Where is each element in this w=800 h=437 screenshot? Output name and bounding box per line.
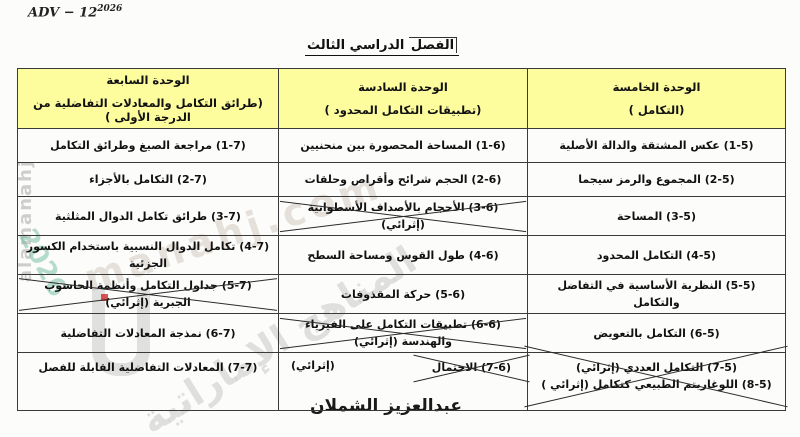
curriculum-table: الوحدة الخامسة (التكامل ) الوحدة السادسة… bbox=[17, 68, 786, 411]
unit6-subtitle: (تطبيقات التكامل المحدود ) bbox=[283, 103, 523, 117]
lesson-line: (2-5) المجموع والرمز سيجما bbox=[536, 171, 777, 188]
lesson-cell: (5-6) حركة المقذوفات bbox=[279, 275, 528, 314]
lesson-line: (7-5) التكامل العددي (إثرائي) bbox=[541, 359, 771, 376]
doc-code-year: 2026 bbox=[97, 4, 122, 14]
lesson-number: (7-5) bbox=[707, 361, 737, 374]
lesson-number: (7-7) bbox=[228, 361, 258, 374]
lesson-number: (6-7) bbox=[206, 327, 236, 340]
table-row: (3-5) المساحة(3-6) الأحجام بالأصداف الأس… bbox=[18, 197, 786, 236]
lesson-number: (6-5) bbox=[690, 327, 720, 340]
table-header-row: الوحدة الخامسة (التكامل ) الوحدة السادسة… bbox=[18, 69, 786, 129]
unit7-title: الوحدة السابعة bbox=[22, 73, 274, 87]
lesson-line: (2-6) الحجم شرائح وأقراص وحلقات bbox=[287, 171, 519, 188]
table-row: (1-5) عكس المشتقة والدالة الأصلية(1-6) ا… bbox=[18, 129, 786, 163]
crossed-out-mark: (3-6) الأحجام بالأصداف الأسطوانية (إثرائ… bbox=[287, 199, 519, 233]
lesson-number: (4-7) bbox=[239, 240, 269, 253]
doc-code: ADV − 122026 bbox=[28, 4, 122, 20]
lesson-number: (3-6) bbox=[469, 201, 499, 214]
lesson-cell: (6-5) التكامل بالتعويض bbox=[528, 314, 786, 353]
document-page: ADV − 122026 الفصل الدراسي الثالث alaman… bbox=[0, 0, 800, 437]
lesson-line: (7-6) الاحتمال bbox=[432, 359, 511, 376]
lesson-cell: (2-5) المجموع والرمز سيجما bbox=[528, 163, 786, 197]
crossed-out-mark: (7-5) التكامل العددي (إثرائي)(8-5) اللوغ… bbox=[537, 359, 775, 393]
lesson-line: (3-5) المساحة bbox=[536, 208, 777, 225]
lesson-cell: (5-5) النظرية الأساسية في التفاضل والتكا… bbox=[528, 275, 786, 314]
table-body: (1-5) عكس المشتقة والدالة الأصلية(1-6) ا… bbox=[18, 129, 786, 411]
table-row: (4-5) التكامل المحدود(4-6) طول القوس ومس… bbox=[18, 236, 786, 275]
lesson-number: (2-5) bbox=[705, 173, 735, 186]
lesson-cell: (7-6) الاحتمال(إثرائي) bbox=[279, 353, 528, 411]
lesson-line: (6-5) التكامل بالتعويض bbox=[536, 325, 777, 342]
lesson-number: (1-5) bbox=[724, 139, 754, 152]
lesson-number: (4-6) bbox=[469, 249, 499, 262]
unit6-title: الوحدة السادسة bbox=[283, 80, 523, 94]
lesson-cell: (3-5) المساحة bbox=[528, 197, 786, 236]
lesson-cell: (6-7) نمذجة المعادلات التفاضلية bbox=[18, 314, 279, 353]
lesson-cell: (1-6) المساحة المحصورة بين منحنيين bbox=[279, 129, 528, 163]
lesson-line: (1-5) عكس المشتقة والدالة الأصلية bbox=[536, 137, 777, 154]
unit5-header: الوحدة الخامسة (التكامل ) bbox=[528, 69, 786, 129]
lesson-cell: (4-6) طول القوس ومساحة السطح bbox=[279, 236, 528, 275]
lesson-cell: (3-6) الأحجام بالأصداف الأسطوانية (إثرائ… bbox=[279, 197, 528, 236]
lesson-cell: (3-7) طرائق تكامل الدوال المثلثية bbox=[18, 197, 279, 236]
crossed-out-mark: (5-7) جداول التكامل وأنظمة الحاسوب الجبر… bbox=[26, 277, 270, 311]
lesson-line: (2-7) التكامل بالأجزاء bbox=[26, 171, 270, 188]
lesson-number: (4-5) bbox=[686, 249, 716, 262]
lesson-line: (8-5) اللوغاريتم الطبيعي كتكامل (إثرائي … bbox=[541, 376, 771, 393]
lesson-line: (4-5) التكامل المحدود bbox=[536, 247, 777, 264]
lesson-cell: (1-7) مراجعة الصيغ وطرائق التكامل bbox=[18, 129, 279, 163]
lesson-number: (5-5) bbox=[726, 279, 756, 292]
lesson-line: (3-7) طرائق تكامل الدوال المثلثية bbox=[26, 208, 270, 225]
title-boxed-word: الفصل bbox=[409, 37, 457, 53]
lesson-number: (7-6) bbox=[481, 361, 511, 374]
lesson-line: (6-7) نمذجة المعادلات التفاضلية bbox=[26, 325, 270, 342]
enrichment-note: (إثرائي) bbox=[291, 359, 335, 372]
lesson-number: (5-6) bbox=[435, 288, 465, 301]
lesson-number: (8-5) bbox=[742, 378, 772, 391]
lesson-cell: (7-7) المعادلات التفاضلية القابلة للفصل bbox=[18, 353, 279, 411]
lesson-cell: (4-5) التكامل المحدود bbox=[528, 236, 786, 275]
lesson-line: (7-7) المعادلات التفاضلية القابلة للفصل bbox=[26, 359, 270, 376]
table-row: (7-5) التكامل العددي (إثرائي)(8-5) اللوغ… bbox=[18, 353, 786, 411]
lesson-line: (5-5) النظرية الأساسية في التفاضل والتكا… bbox=[536, 277, 777, 311]
unit5-title: الوحدة الخامسة bbox=[532, 80, 781, 94]
crossed-out-mark: (6-6) تطبيقات التكامل على الفيزياء والهن… bbox=[287, 316, 519, 350]
lesson-number: (6-6) bbox=[471, 318, 501, 331]
lesson-cell: (5-7) جداول التكامل وأنظمة الحاسوب الجبر… bbox=[18, 275, 279, 314]
lesson-cell: (2-6) الحجم شرائح وأقراص وحلقات bbox=[279, 163, 528, 197]
lesson-line: (1-6) المساحة المحصورة بين منحنيين bbox=[287, 137, 519, 154]
lesson-cell: (6-6) تطبيقات التكامل على الفيزياء والهن… bbox=[279, 314, 528, 353]
lesson-line: (1-7) مراجعة الصيغ وطرائق التكامل bbox=[26, 137, 270, 154]
lesson-cell: (4-7) تكامل الدوال النسبية باستخدام الكس… bbox=[18, 236, 279, 275]
lesson-number: (1-7) bbox=[216, 139, 246, 152]
crossed-out-mark: (7-6) الاحتمال bbox=[428, 359, 515, 376]
table-row: (6-5) التكامل بالتعويض(6-6) تطبيقات التك… bbox=[18, 314, 786, 353]
doc-code-text: ADV − 12 bbox=[28, 5, 97, 20]
lesson-number: (3-5) bbox=[666, 210, 696, 223]
lesson-number: (2-7) bbox=[177, 173, 207, 186]
lesson-line: (6-6) تطبيقات التكامل على الفيزياء والهن… bbox=[291, 316, 515, 350]
lesson-cell: (1-5) عكس المشتقة والدالة الأصلية bbox=[528, 129, 786, 163]
lesson-number: (2-6) bbox=[471, 173, 501, 186]
table-row: (2-5) المجموع والرمز سيجما(2-6) الحجم شر… bbox=[18, 163, 786, 197]
lesson-line: (4-7) تكامل الدوال النسبية باستخدام الكس… bbox=[26, 238, 270, 272]
lesson-cell: (7-5) التكامل العددي (إثرائي)(8-5) اللوغ… bbox=[528, 353, 786, 411]
lesson-line: (5-6) حركة المقذوفات bbox=[287, 286, 519, 303]
unit5-subtitle: (التكامل ) bbox=[532, 103, 781, 117]
table-row: (5-5) النظرية الأساسية في التفاضل والتكا… bbox=[18, 275, 786, 314]
lesson-line: (4-6) طول القوس ومساحة السطح bbox=[287, 247, 519, 264]
lesson-number: (5-7) bbox=[222, 279, 252, 292]
lesson-number: (3-7) bbox=[211, 210, 241, 223]
lesson-line: (5-7) جداول التكامل وأنظمة الحاسوب الجبر… bbox=[30, 277, 266, 311]
page-title: الفصل الدراسي الثالث bbox=[0, 38, 782, 56]
unit7-header: الوحدة السابعة (طرائق التكامل والمعادلات… bbox=[18, 69, 279, 129]
unit7-subtitle: (طرائق التكامل والمعادلات التفاضلية من ا… bbox=[22, 96, 274, 124]
title-rest: الدراسي الثالث bbox=[307, 38, 404, 53]
lesson-number: (1-6) bbox=[476, 139, 506, 152]
lesson-cell: (2-7) التكامل بالأجزاء bbox=[18, 163, 279, 197]
unit6-header: الوحدة السادسة (تطبيقات التكامل المحدود … bbox=[279, 69, 528, 129]
lesson-line: (3-6) الأحجام بالأصداف الأسطوانية (إثرائ… bbox=[291, 199, 515, 233]
